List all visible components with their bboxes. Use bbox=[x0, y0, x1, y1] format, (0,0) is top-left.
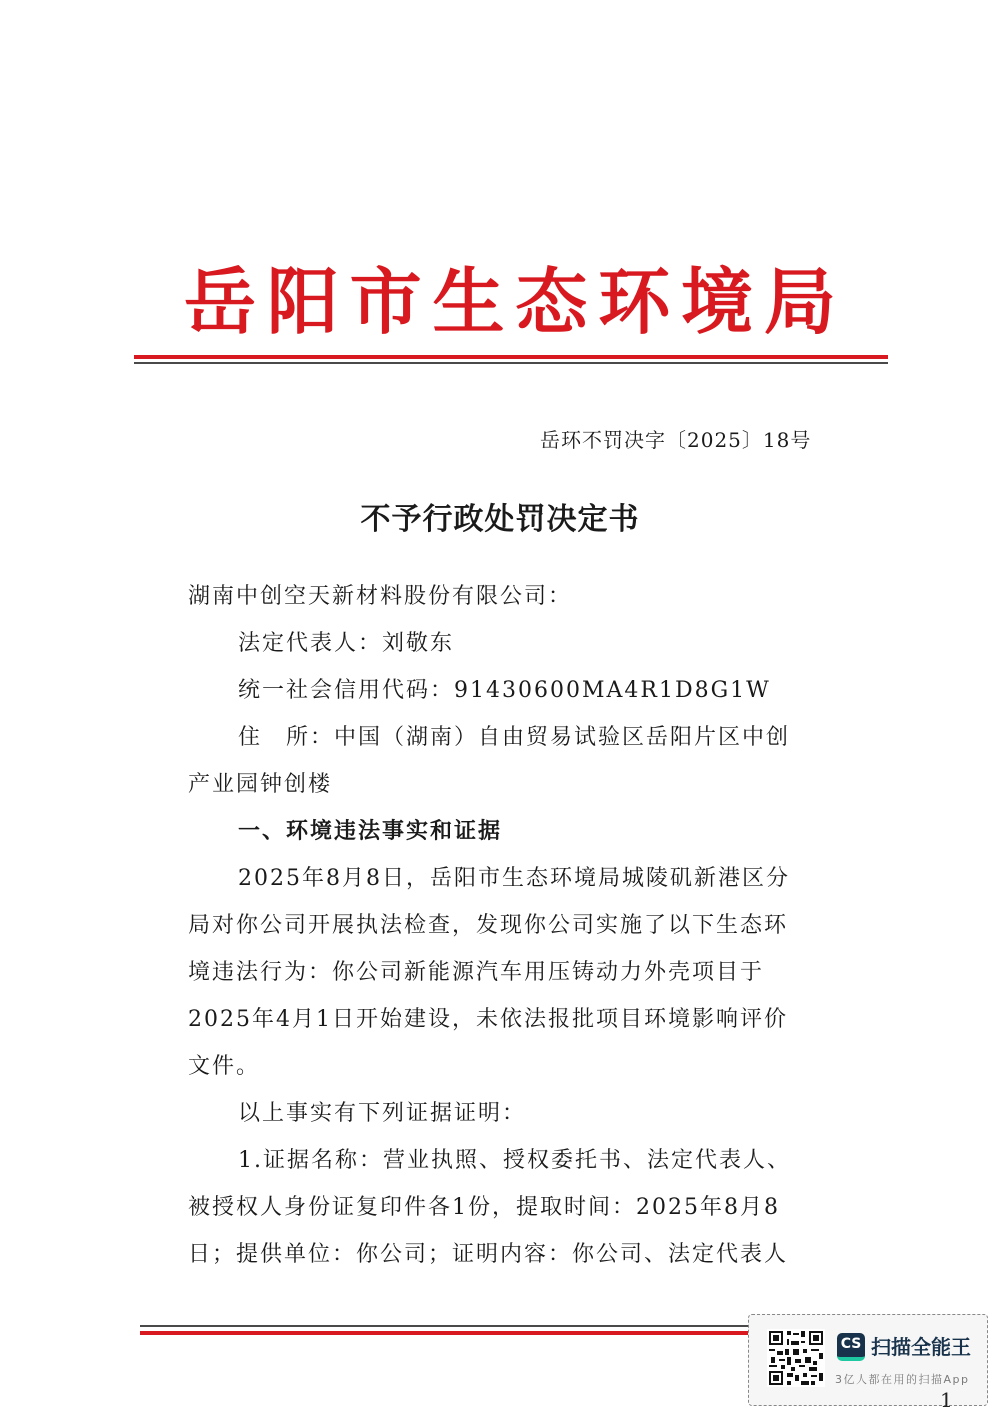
document-number: 岳环不罚决字〔2025〕18号 bbox=[540, 424, 840, 453]
masthead-agency-name: 岳 阳 市 生 态 环 境 局 bbox=[180, 262, 840, 342]
evidence-intro: 以上事实有下列证据证明： bbox=[188, 1090, 832, 1137]
scanner-tagline: 3亿人都在用的扫描App bbox=[835, 1371, 970, 1387]
legal-representative: 法定代表人：刘敬东 bbox=[188, 620, 832, 667]
masthead-char: 生 bbox=[429, 262, 509, 342]
qr-code-icon bbox=[767, 1329, 825, 1387]
document-title: 不予行政处罚决定书 bbox=[0, 494, 1000, 538]
masthead-char: 市 bbox=[346, 262, 426, 342]
evidence-item-line: 日；提供单位：你公司；证明内容：你公司、法定代表人 bbox=[188, 1231, 832, 1278]
evidence-item-line: 被授权人身份证复印件各1份，提取时间：2025年8月8 bbox=[188, 1184, 832, 1231]
paragraph-line: 文件。 bbox=[188, 1043, 832, 1090]
section-heading-facts: 一、环境违法事实和证据 bbox=[188, 808, 832, 855]
masthead-char: 局 bbox=[760, 262, 840, 342]
document-body: 湖南中创空天新材料股份有限公司： 法定代表人：刘敬东 统一社会信用代码：9143… bbox=[188, 573, 832, 1278]
paragraph-line: 2025年4月1日开始建设，未依法报批项目环境影响评价 bbox=[188, 996, 832, 1043]
paragraph-line: 2025年8月8日，岳阳市生态环境局城陵矶新港区分 bbox=[188, 855, 832, 902]
evidence-item-line: 1.证据名称：营业执照、授权委托书、法定代表人、 bbox=[188, 1137, 832, 1184]
footer-red-rule bbox=[140, 1331, 752, 1335]
masthead-char: 态 bbox=[511, 262, 591, 342]
masthead-dark-rule bbox=[134, 362, 888, 364]
masthead-char: 岳 bbox=[180, 262, 260, 342]
masthead-red-rule bbox=[134, 355, 888, 359]
paragraph-line: 局对你公司开展执法检查，发现你公司实施了以下生态环 bbox=[188, 902, 832, 949]
footer-dark-rule bbox=[140, 1325, 752, 1327]
masthead-char: 阳 bbox=[263, 262, 343, 342]
page-number: 1 bbox=[940, 1388, 953, 1412]
scanner-app-name: 扫描全能王 bbox=[871, 1331, 971, 1360]
camscanner-logo-icon: CS bbox=[837, 1333, 865, 1361]
addressee: 湖南中创空天新材料股份有限公司： bbox=[188, 573, 832, 620]
address-line-1: 住 所：中国（湖南）自由贸易试验区岳阳片区中创 bbox=[188, 714, 832, 761]
paragraph-line: 境违法行为：你公司新能源汽车用压铸动力外壳项目于 bbox=[188, 949, 832, 996]
masthead-char: 环 bbox=[594, 262, 674, 342]
credit-code: 统一社会信用代码：91430600MA4R1D8G1W bbox=[188, 667, 832, 714]
masthead-char: 境 bbox=[677, 262, 757, 342]
address-line-2: 产业园钟创楼 bbox=[188, 761, 832, 808]
